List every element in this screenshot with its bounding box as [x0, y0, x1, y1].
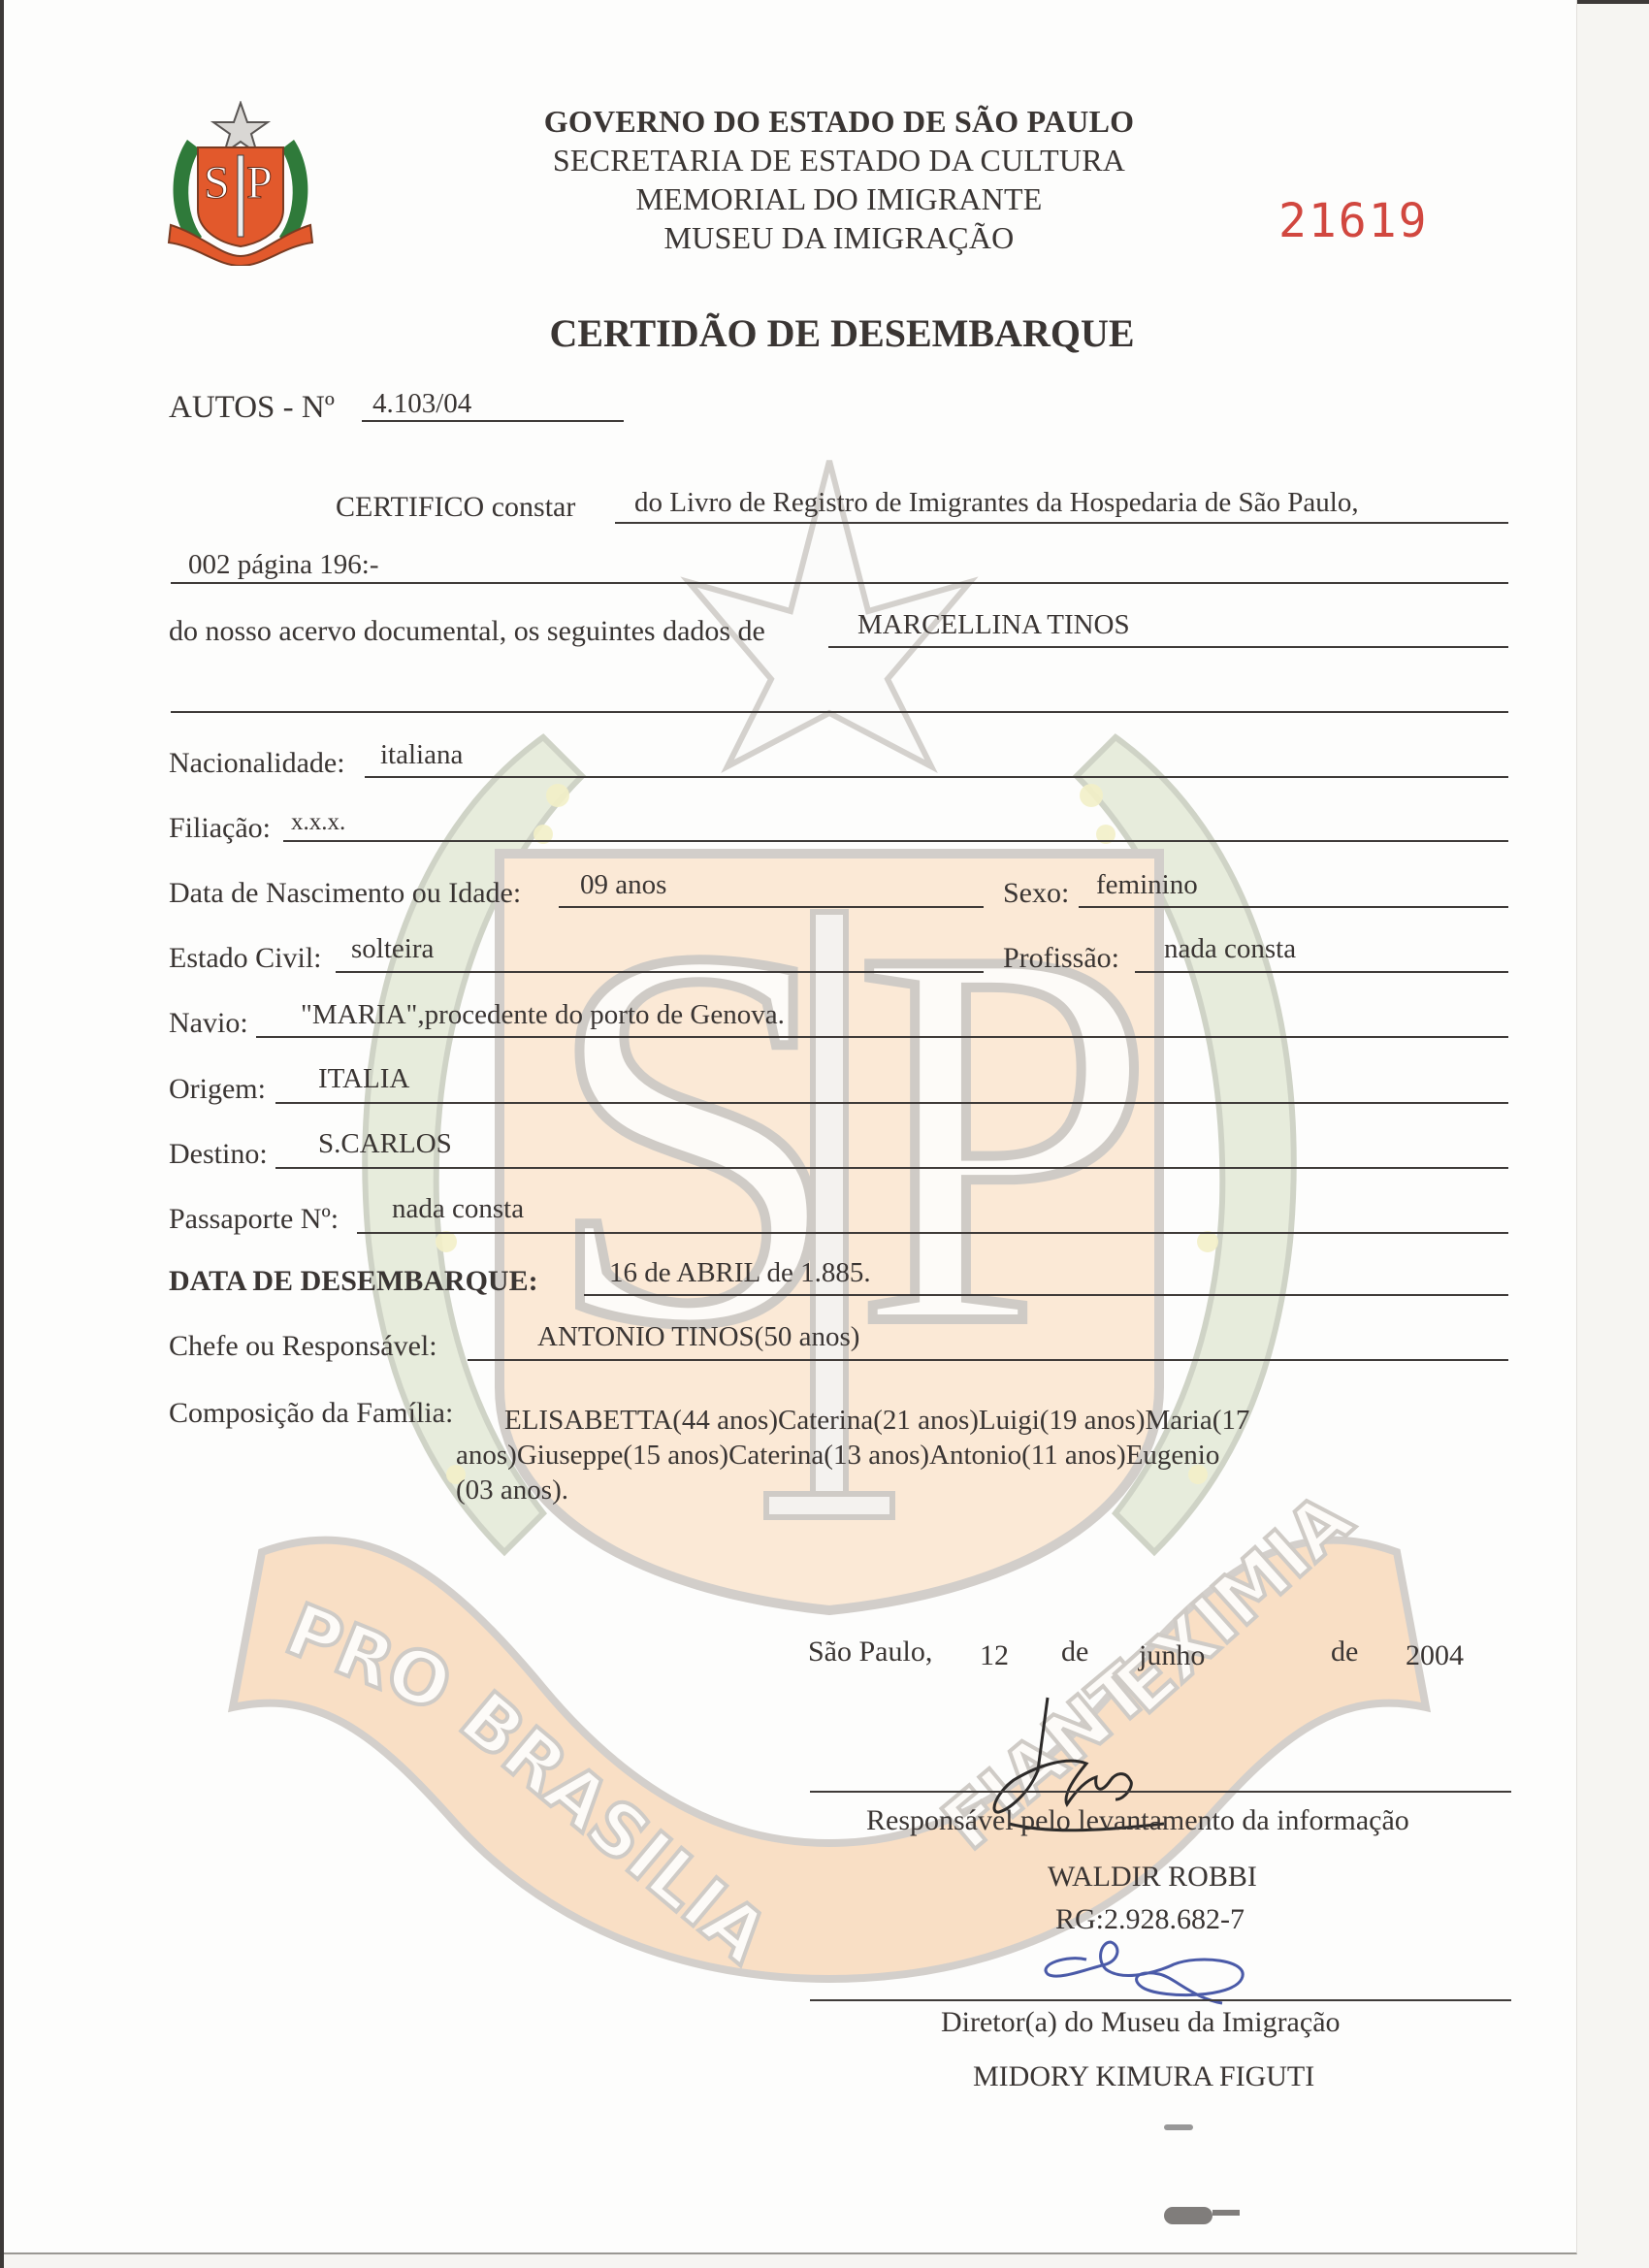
signature-line-diretor [810, 1999, 1511, 2001]
certifico-value: do Livro de Registro de Imigrantes da Ho… [634, 487, 1359, 519]
sexo-label: Sexo: [1003, 877, 1069, 910]
navio-underline [256, 1036, 1508, 1038]
filiacao-label: Filiação: [169, 812, 271, 845]
continuation-underline [171, 582, 1508, 584]
origem-label: Origem: [169, 1073, 266, 1106]
date-de-2: de [1331, 1636, 1358, 1669]
estado-civil-label: Estado Civil: [169, 942, 322, 975]
svg-text:S: S [204, 157, 230, 209]
sexo-value: feminino [1096, 869, 1198, 901]
idade-label: Data de Nascimento ou Idade: [169, 877, 521, 910]
scan-speck [1212, 2210, 1240, 2216]
chefe-value: ANTONIO TINOS(50 anos) [537, 1321, 859, 1353]
autos-number: 4.103/04 [372, 388, 471, 420]
header-memorial: MEMORIAL DO IMIGRANTE [403, 181, 1276, 217]
date-month: junho [1139, 1639, 1205, 1672]
passaporte-label: Passaporte Nº: [169, 1203, 339, 1236]
passaporte-value: nada consta [392, 1193, 524, 1225]
name-underline [828, 646, 1508, 648]
scan-top-edge [1576, 0, 1649, 4]
familia-line-3: (03 anos). [456, 1474, 568, 1507]
header-secretaria: SECRETARIA DE ESTADO DA CULTURA [403, 143, 1276, 178]
navio-value: "MARIA",procedente do porto de Genova. [301, 999, 785, 1031]
navio-label: Navio: [169, 1007, 248, 1040]
estado-civil-underline [336, 971, 984, 973]
scan-speck [1164, 2207, 1212, 2224]
nacionalidade-label: Nacionalidade: [169, 747, 345, 780]
certifico-label: CERTIFICO constar [336, 491, 575, 524]
sao-paulo-coat-of-arms-icon: S P [163, 101, 318, 266]
diretor-caption: Diretor(a) do Museu da Imigração [941, 2006, 1341, 2039]
immigrant-name: MARCELLINA TINOS [857, 609, 1130, 641]
date-city: São Paulo, [808, 1636, 932, 1669]
filiacao-underline [283, 840, 1508, 842]
idade-underline [559, 906, 984, 908]
profissao-underline [1135, 971, 1508, 973]
signature-line-responsavel [810, 1791, 1511, 1793]
destino-value: S.CARLOS [318, 1128, 452, 1160]
familia-line-2: anos)Giuseppe(15 anos)Caterina(13 anos)A… [456, 1440, 1219, 1472]
chefe-underline [468, 1359, 1508, 1361]
origem-value: ITALIA [318, 1063, 409, 1095]
destino-label: Destino: [169, 1138, 268, 1171]
data-desembarque-label: DATA DE DESEMBARQUE: [169, 1265, 538, 1298]
familia-line-1: ELISABETTA(44 anos)Caterina(21 anos)Luig… [504, 1405, 1249, 1437]
responsavel-name: WALDIR ROBBI [1048, 1861, 1257, 1894]
autos-underline [362, 420, 624, 422]
filiacao-value: x.x.x. [291, 809, 345, 836]
blank-underline [171, 711, 1508, 713]
responsavel-rg: RG:2.928.682-7 [1055, 1903, 1245, 1936]
passaporte-underline [357, 1232, 1508, 1234]
certifico-underline [615, 522, 1508, 524]
header-museu: MUSEU DA IMIGRAÇÃO [403, 220, 1276, 256]
autos-label: AUTOS - Nº [169, 390, 335, 426]
header-government: GOVERNO DO ESTADO DE SÃO PAULO [403, 104, 1276, 140]
nacionalidade-underline [365, 776, 1508, 778]
certifico-continuation: 002 página 196:- [188, 549, 379, 581]
serial-number-stamp: 21619 [1278, 194, 1429, 248]
nacionalidade-value: italiana [380, 739, 463, 771]
chefe-label: Chefe ou Responsável: [169, 1330, 437, 1363]
scan-speck [1164, 2124, 1193, 2130]
date-day: 12 [980, 1639, 1009, 1672]
familia-label: Composição da Família: [169, 1397, 453, 1430]
idade-value: 09 anos [580, 869, 666, 901]
date-year: 2004 [1406, 1639, 1464, 1672]
document-title: CERTIDÃO DE DESEMBARQUE [405, 310, 1278, 356]
data-desembarque-underline [584, 1294, 1508, 1296]
svg-text:P: P [246, 157, 273, 209]
destino-underline [275, 1167, 1508, 1169]
estado-civil-value: solteira [351, 933, 434, 965]
profissao-label: Profissão: [1003, 942, 1119, 975]
sexo-underline [1079, 906, 1508, 908]
responsavel-caption: Responsável pelo levantamento da informa… [866, 1804, 1409, 1837]
data-desembarque-value: 16 de ABRIL de 1.885. [609, 1257, 871, 1289]
origem-underline [275, 1102, 1508, 1104]
diretor-name: MIDORY KIMURA FIGUTI [973, 2060, 1314, 2093]
date-de-1: de [1061, 1636, 1088, 1669]
acervo-label: do nosso acervo documental, os seguintes… [169, 615, 765, 648]
profissao-value: nada consta [1164, 933, 1296, 965]
